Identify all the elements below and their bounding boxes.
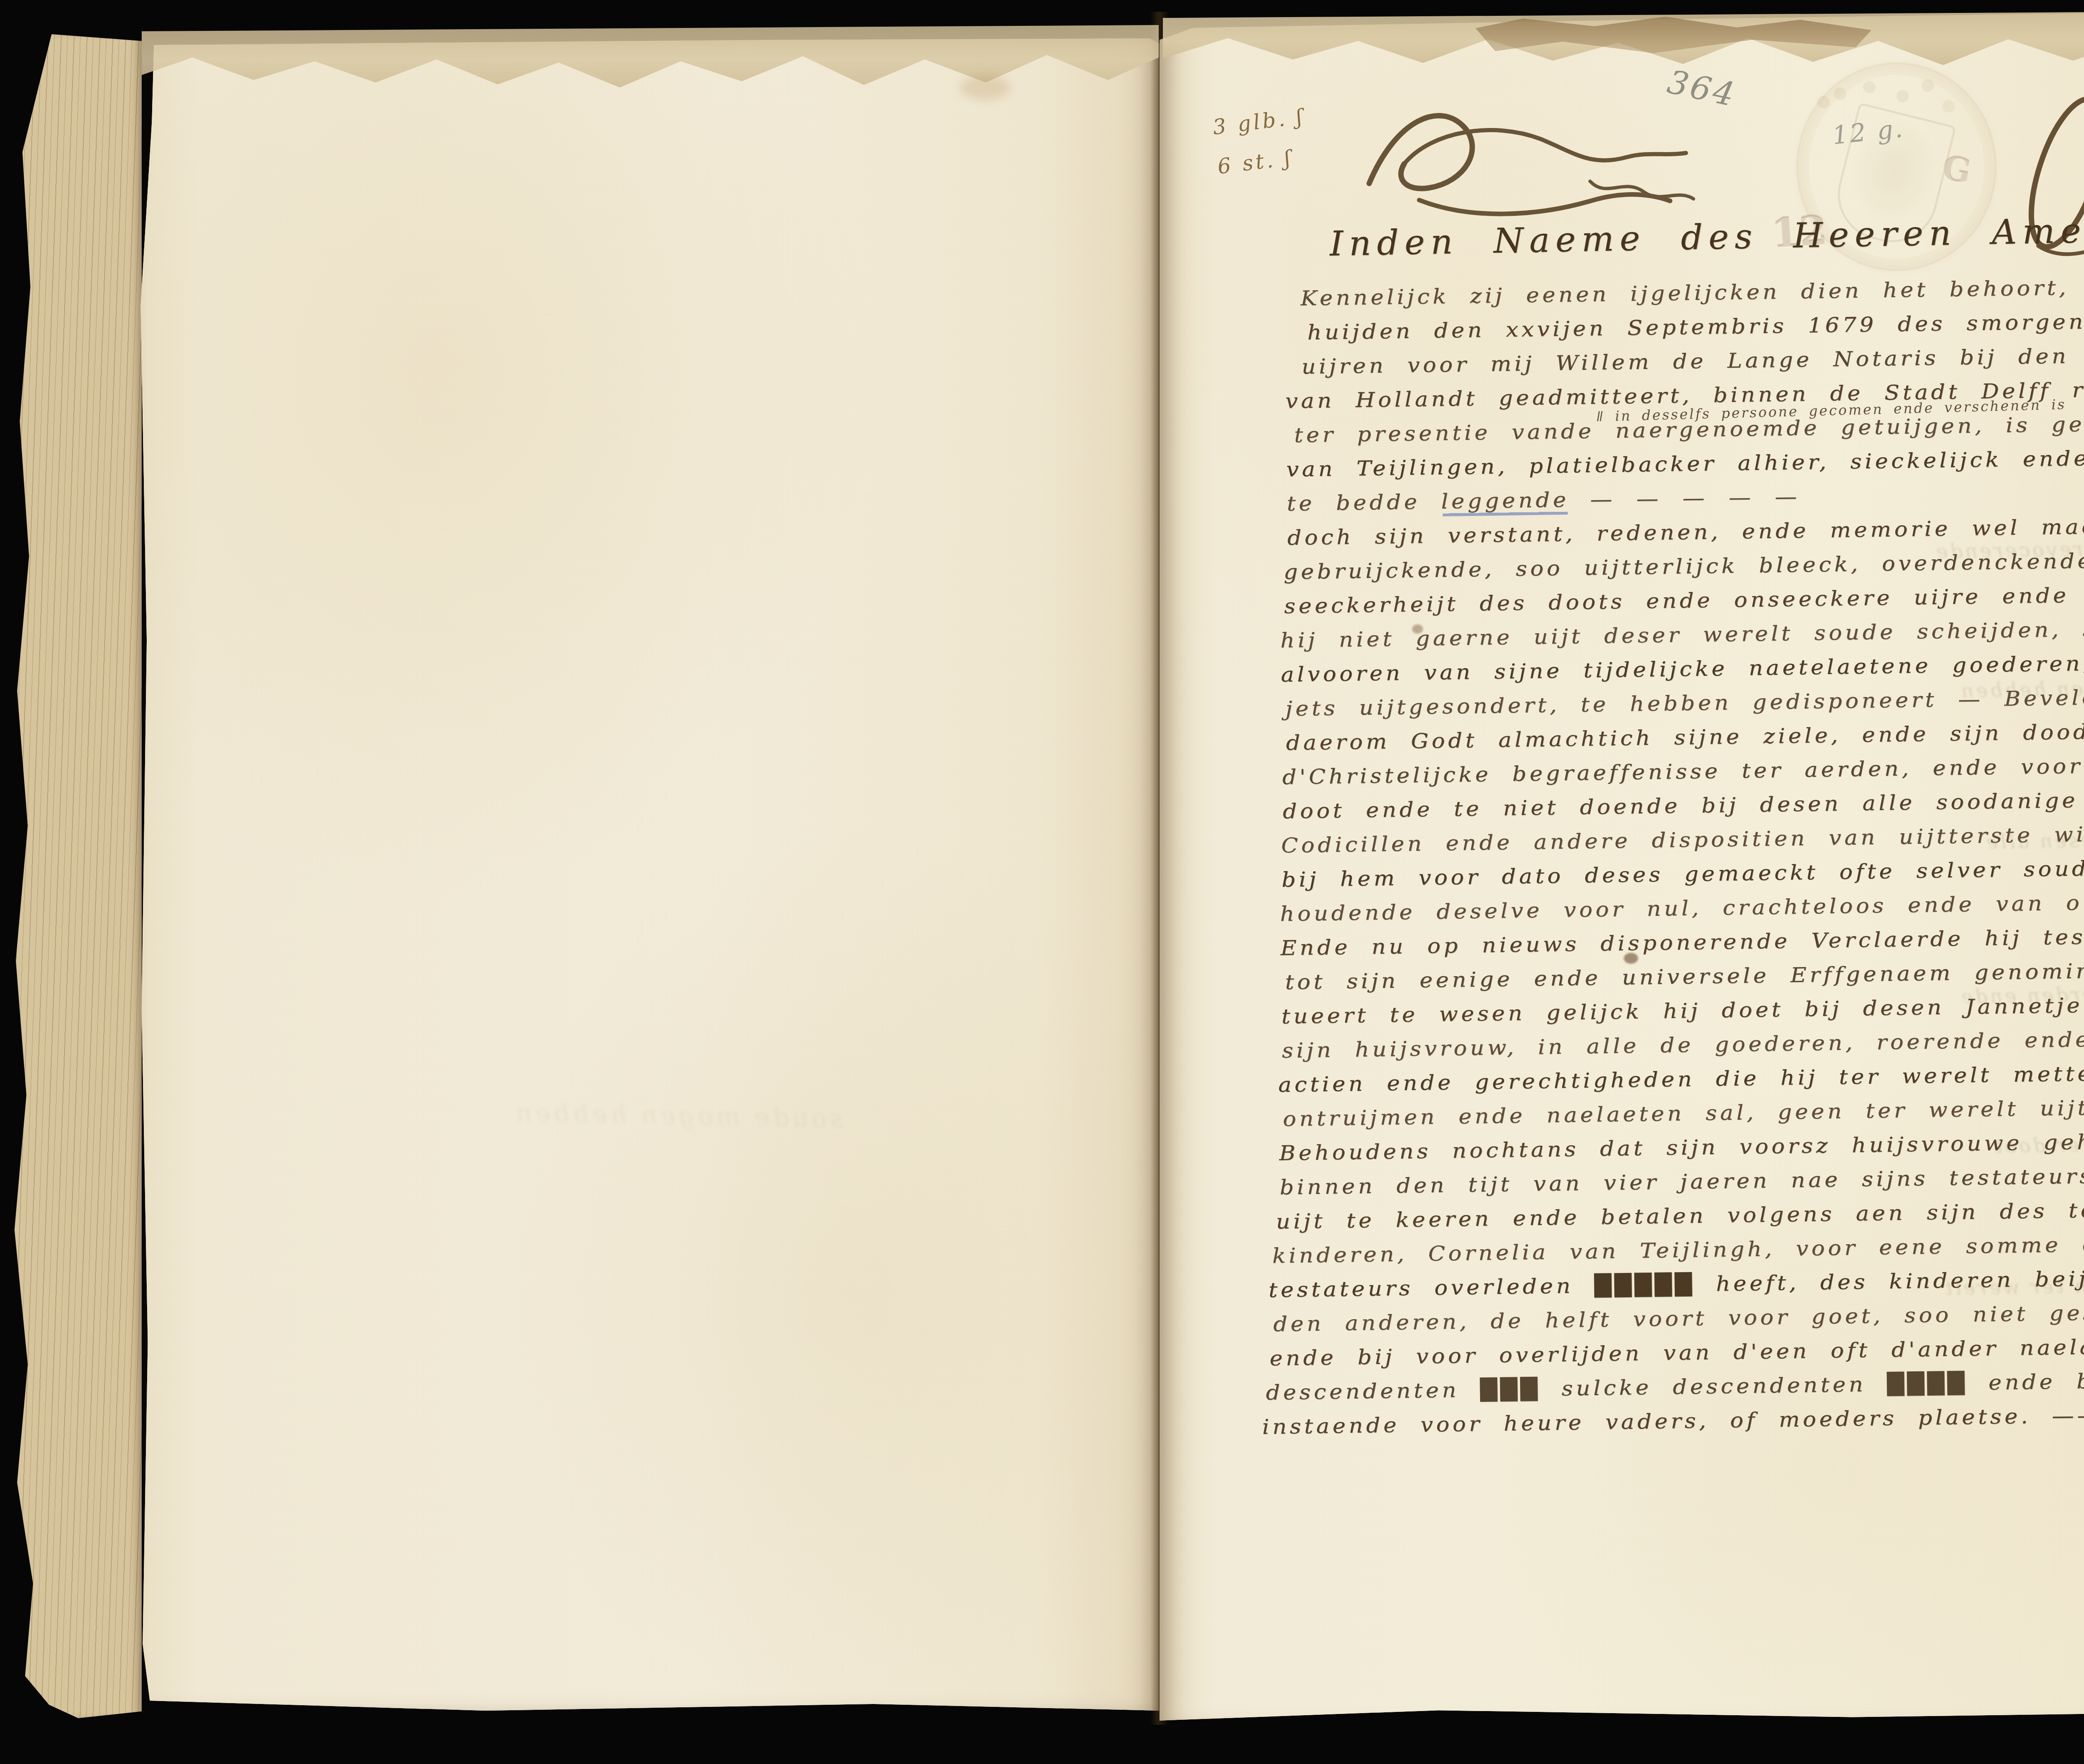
notary-paraph-flourish (1357, 94, 1715, 227)
left-page: soude mogen hebben (138, 38, 1160, 1711)
ink-blot (1412, 624, 1423, 634)
manuscript-lines: Kennelijck zij eenen ijgelijcken dien he… (1284, 273, 2084, 1449)
book-page-edges (9, 34, 142, 1718)
blue-pencil-underline: leggende (1441, 488, 1569, 513)
seal-flower-motif (1834, 88, 1846, 100)
fee-annotations: 3 glb. ʃ 6 st. ʃ (1210, 97, 1312, 187)
show-through-fragment: ter aerden ende (1959, 982, 2084, 1008)
show-through-fragment: metter doot (1992, 1133, 2084, 1158)
show-through-fragment: bij desen alle (1984, 828, 2084, 854)
manuscript-scan: soude mogen hebben G 12 364 12 g. 3 glb.… (0, 0, 2084, 1764)
show-through-faint: soude mogen hebben (512, 1098, 843, 1133)
show-through-fragment: soude mogen hebben (1959, 675, 2084, 702)
page-edge-texture (9, 34, 142, 1718)
show-through-fragment: geen ter werelt (1942, 1274, 2084, 1300)
ink-blot (1624, 953, 1638, 964)
foxing-stain (960, 75, 1010, 100)
